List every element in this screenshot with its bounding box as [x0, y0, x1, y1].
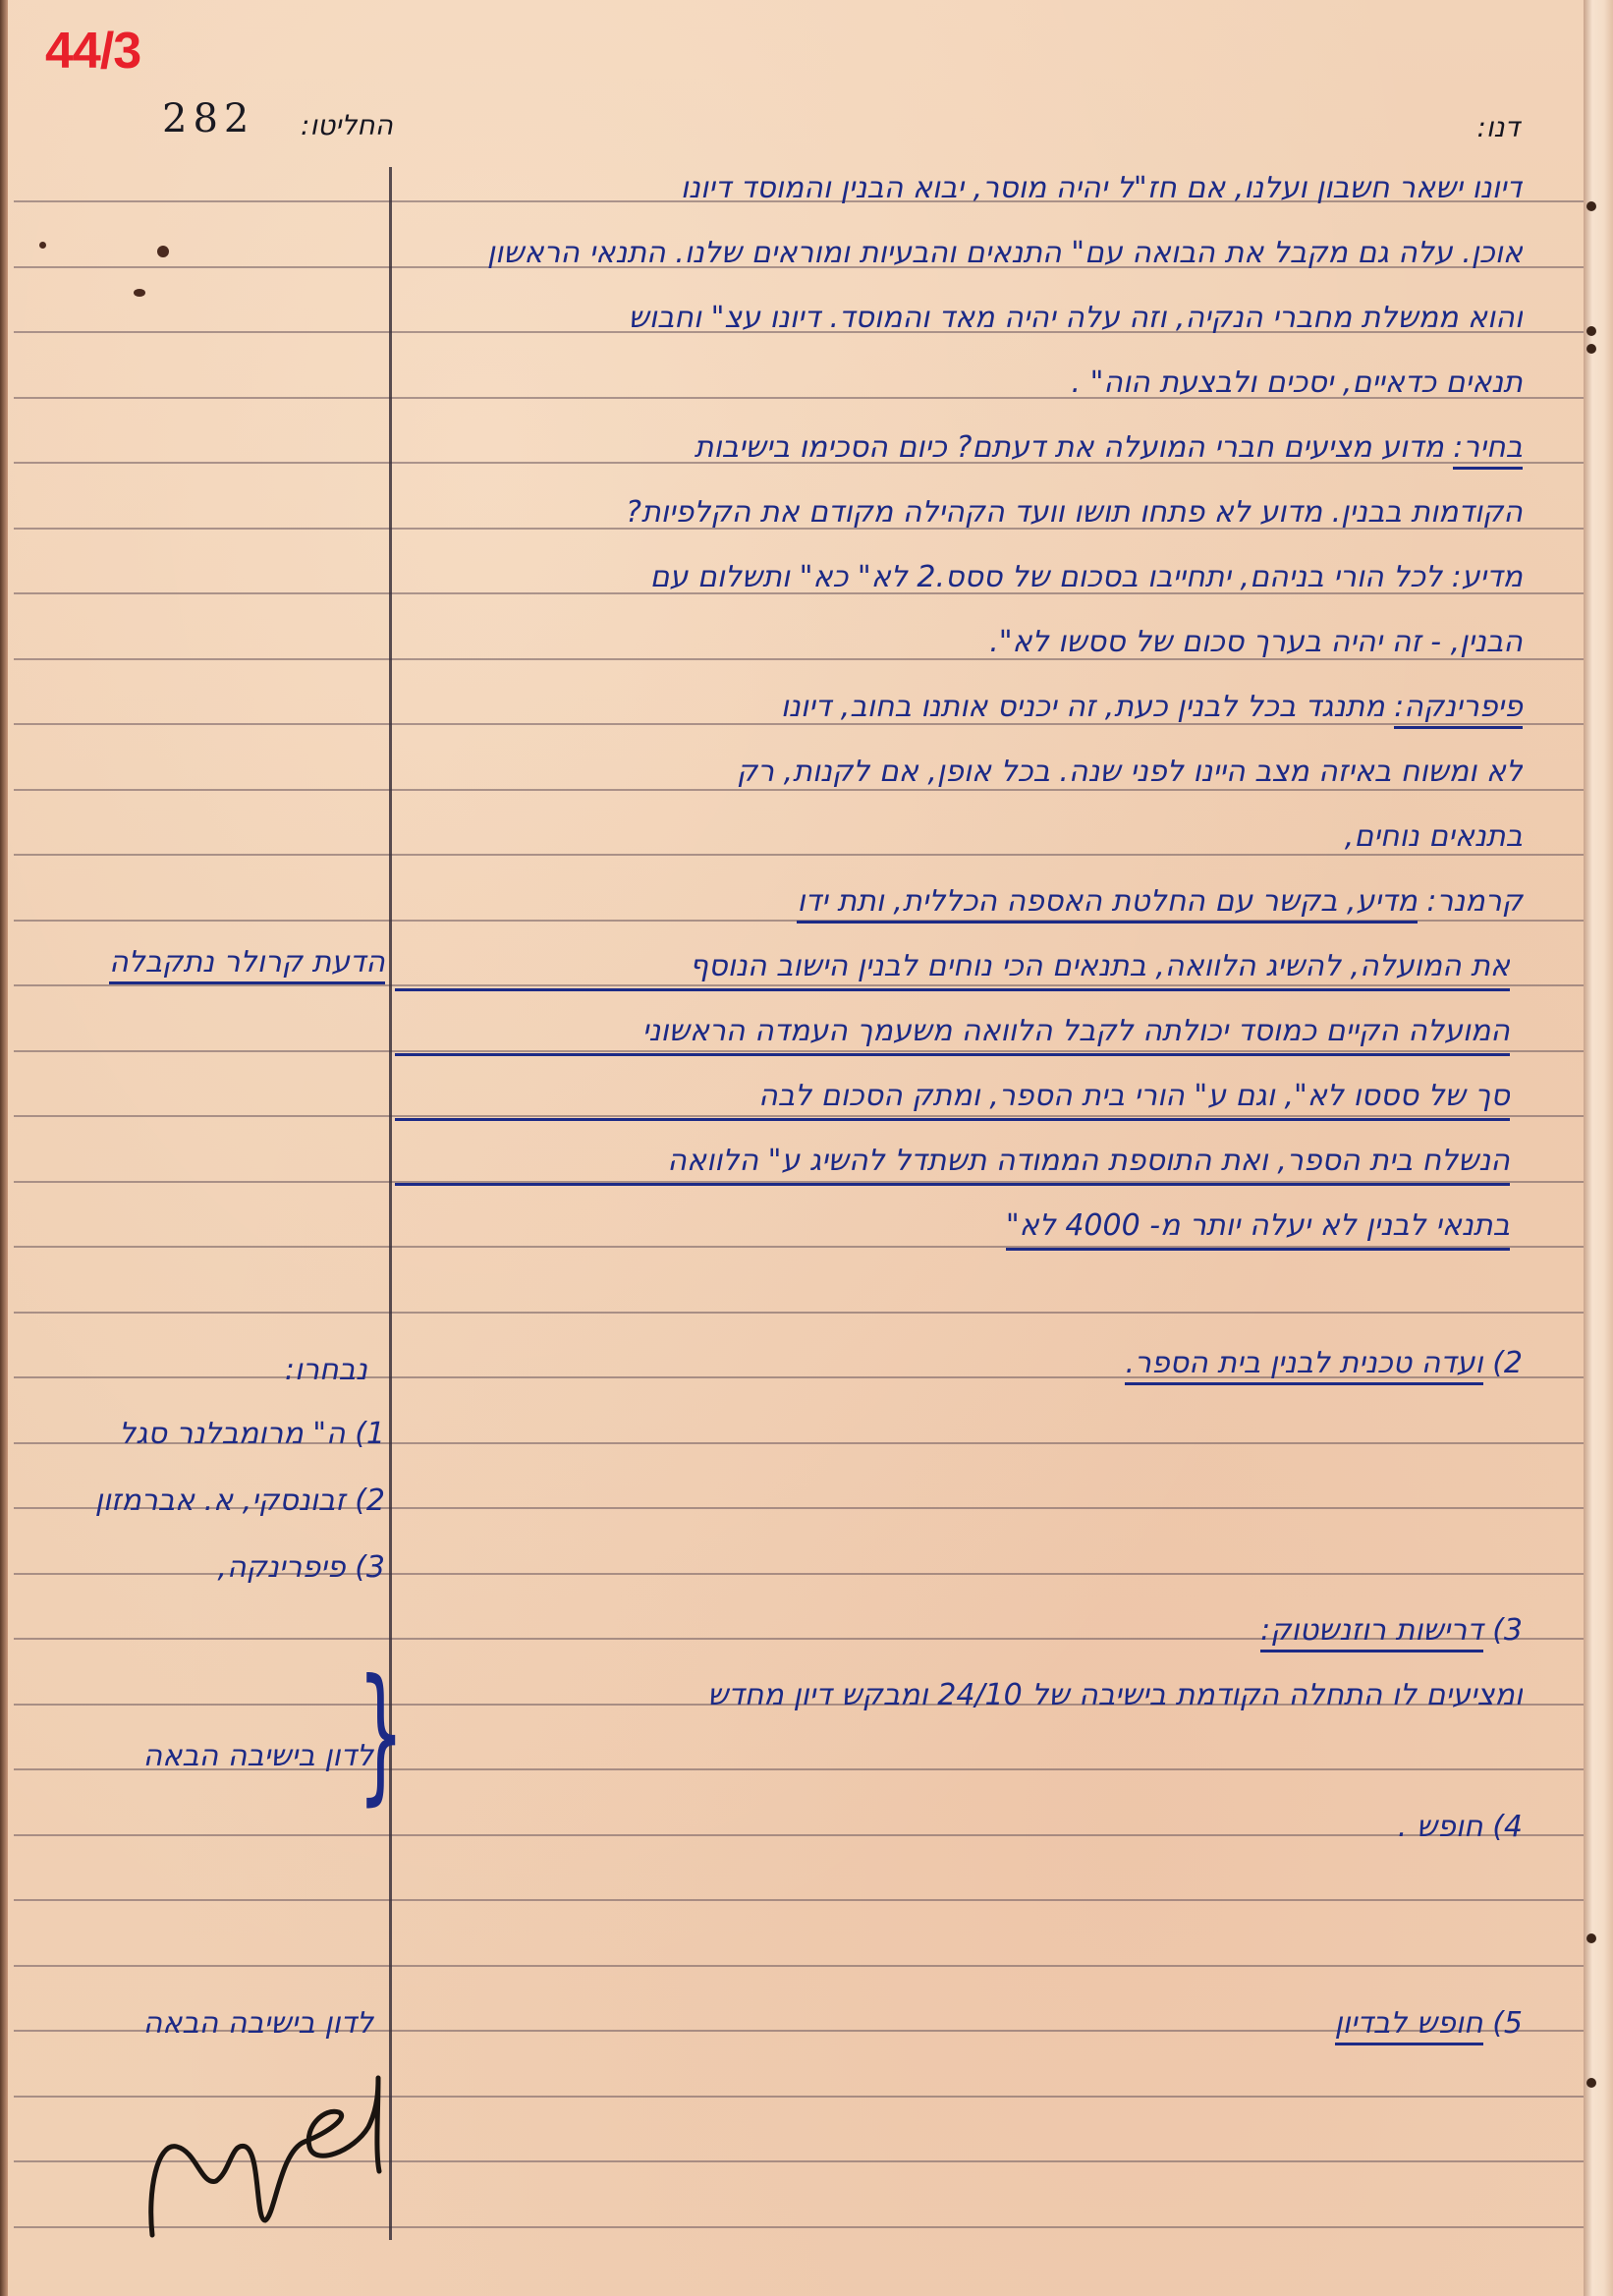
item-text: חופש לבדיון — [1335, 2006, 1483, 2045]
discussion-line: המועלה הקיים כמוסד יכולתה לקבל הלוואה מש… — [395, 1012, 1510, 1056]
discussion-line: תנאים כדאיים, יסכים ולבצעת הוה" . — [393, 364, 1523, 403]
discussion-line: מדוע מציעים חברי המועלה את דעתם? כיום הס… — [695, 430, 1444, 465]
speaker-name: בחיר: — [1453, 430, 1523, 470]
page-number: 282 — [162, 96, 254, 141]
discussion-line: מתנגד בכל לבנין כעת, זה יכניס אותנו בחוב… — [781, 690, 1385, 724]
speaker-name: פיפרינקה: — [1394, 690, 1523, 729]
ruled-line — [14, 1312, 1584, 1314]
discussion-line: סך של סססו לא", וגם ע" הורי בית הספר, ומ… — [395, 1077, 1510, 1121]
scanned-document-page: 44/3 282 החליטו: דנו: דיונו ישאר חשבון ו… — [0, 0, 1613, 2296]
speaker-entry: בחיר: מדוע מציעים חברי המועלה את דעתם? כ… — [393, 428, 1523, 468]
elected-member: 3) פיפרינקה, — [217, 1548, 385, 1588]
item-text: ועדה טכנית לבנין בית הספר. — [1125, 1346, 1482, 1385]
speaker-name: קרמנר: — [1426, 884, 1523, 919]
discussion-line: מדיע: לכל הורי בניהם, יתחייבו בסכום של ס… — [393, 558, 1523, 597]
item-text: ומציעים לו התחלה הקודמת בישיבה של 24/10 … — [393, 1676, 1523, 1715]
item-number: 5) — [1492, 2006, 1523, 2041]
ink-spot — [157, 246, 169, 257]
signature — [147, 2073, 403, 2269]
ink-spot — [134, 289, 145, 297]
brace-mark: } — [358, 1660, 405, 1808]
speaker-entry: פיפרינקה: מתנגד בכל לבנין כעת, זה יכניס … — [393, 688, 1523, 727]
elected-member: 1) ה" מרומבלנר סגל — [119, 1415, 385, 1454]
discussion-line: דיונו ישאר חשבון ועלנו, אם חז"ל יהיה מוס… — [393, 169, 1523, 208]
discussion-line: אוכן. עלה גם מקבל את הבואה עם" התנאים וה… — [393, 234, 1523, 273]
item-number: 4) — [1492, 1810, 1523, 1844]
ruled-line — [14, 1834, 1584, 1836]
binding-hole — [1586, 1933, 1596, 1943]
discussion-line: הקודמות בבנין. מדוע לא פתחו תושו וועד הק… — [393, 493, 1523, 532]
discussion-line: הנשלח בית הספר, ואת התוספת הממודה תשתדל … — [395, 1142, 1510, 1186]
discussion-line: לא ומשוח באיזה מצב היינו לפני שנה. בכל א… — [393, 753, 1523, 792]
discussion-line: את המועלה, להשיג הלוואה, בתנאים הכי נוחי… — [395, 947, 1510, 991]
ruled-line — [14, 1899, 1584, 1901]
item-label: דרישות רוזנשטוק: — [1260, 1613, 1482, 1652]
margin-resolution: הדעת קרולר נתקבלה — [109, 943, 385, 982]
margin-deferred-note: לדון בישיבה הבאה — [143, 2004, 373, 2044]
agenda-item: 2) ועדה טכנית לבנין בית הספר. — [1125, 1344, 1523, 1383]
binding-hole — [1586, 201, 1596, 211]
item-number: 3) — [1492, 1613, 1523, 1648]
binding-hole — [1586, 2078, 1596, 2088]
decisions-column-header: החליטו: — [301, 106, 393, 145]
discussion-line: בתנאי לבנין לא יעלה יותר מ- 4000 לא" — [1006, 1206, 1510, 1251]
ink-spot — [39, 242, 46, 249]
margin-line — [389, 167, 392, 2240]
archive-stamp: 44/3 — [45, 22, 140, 81]
item-text: חופש . — [1398, 1810, 1483, 1844]
agenda-item: 5) חופש לבדיון — [1335, 2004, 1524, 2044]
elected-label: נבחרו: — [285, 1351, 367, 1390]
page-edge — [0, 0, 8, 2296]
binding-hole — [1586, 344, 1596, 354]
discussion-column-header: דנו: — [1476, 108, 1520, 147]
resolution-text: הדעת קרולר נתקבלה — [109, 945, 385, 984]
discussion-line: והוא ממשלת מחברי הנקיה, וזה עלה יהיה מאד… — [393, 299, 1523, 338]
agenda-item: 3) דרישות רוזנשטוק: — [1260, 1611, 1523, 1651]
item-number: 2) — [1492, 1346, 1523, 1380]
discussion-line: מדיע, בקשר עם החלטת האספה הכללית, ותת יד… — [797, 884, 1417, 924]
discussion-line: בתנאים נוחים, — [393, 817, 1523, 857]
binding-hole — [1586, 326, 1596, 336]
agenda-item: 4) חופש . — [1398, 1808, 1523, 1847]
speaker-entry: קרמנר: מדיע, בקשר עם החלטת האספה הכללית,… — [393, 882, 1523, 922]
discussion-line: הבנין, - זה יהיה בערך סכום של ססשו לא". — [393, 623, 1523, 662]
margin-deferred-note: לדון בישיבה הבאה — [143, 1737, 373, 1776]
elected-member: 2) זבונסקי, א. אברמזון — [95, 1482, 385, 1521]
ruled-line — [14, 1965, 1584, 1967]
